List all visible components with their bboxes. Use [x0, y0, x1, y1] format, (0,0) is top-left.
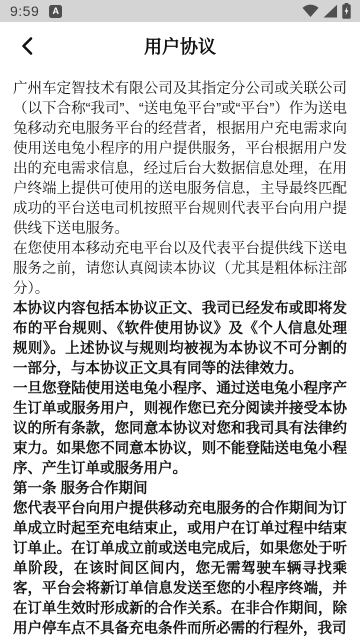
section-heading: 第一条 服务合作期间	[13, 479, 347, 499]
agreement-content[interactable]: 广州车定智技术有限公司及其指定分公司或关联公司（以下合称“我司”、“送电兔平台”…	[0, 70, 360, 639]
cellular-signal-icon	[323, 4, 338, 18]
agreement-paragraph: 您代表平台向用户提供移动充电服务的合作期间为订单成立时起至充电结束止，或用户在订…	[13, 499, 347, 639]
agreement-paragraph: 一旦您登陆使用送电兔小程序、通过送电兔小程序产生订单或服务用户，则视作您已充分阅…	[13, 379, 347, 479]
battery-charging-icon	[342, 3, 351, 19]
agreement-paragraph: 本协议内容包括本协议正文、我司已经发布或即将发布的平台规则、《软件使用协议》及《…	[13, 299, 347, 379]
app-screen: 9:59 A	[0, 0, 360, 639]
clock: 9:59	[10, 3, 39, 19]
status-bar-right	[298, 3, 351, 19]
header: 用户协议	[0, 22, 360, 70]
status-bar: 9:59 A	[0, 0, 360, 22]
agreement-paragraph: 广州车定智技术有限公司及其指定分公司或关联公司（以下合称“我司”、“送电兔平台”…	[13, 79, 347, 239]
chevron-left-icon	[17, 35, 39, 57]
status-bar-left: 9:59 A	[10, 3, 62, 19]
wifi-icon	[302, 4, 319, 18]
agreement-paragraph: 在您使用本移动充电平台以及代表平台提供线下送电服务之前，请您认真阅读本协议（尤其…	[13, 239, 347, 299]
page-title: 用户协议	[144, 33, 216, 59]
notification-app-icon: A	[49, 5, 62, 18]
back-button[interactable]	[10, 28, 46, 64]
